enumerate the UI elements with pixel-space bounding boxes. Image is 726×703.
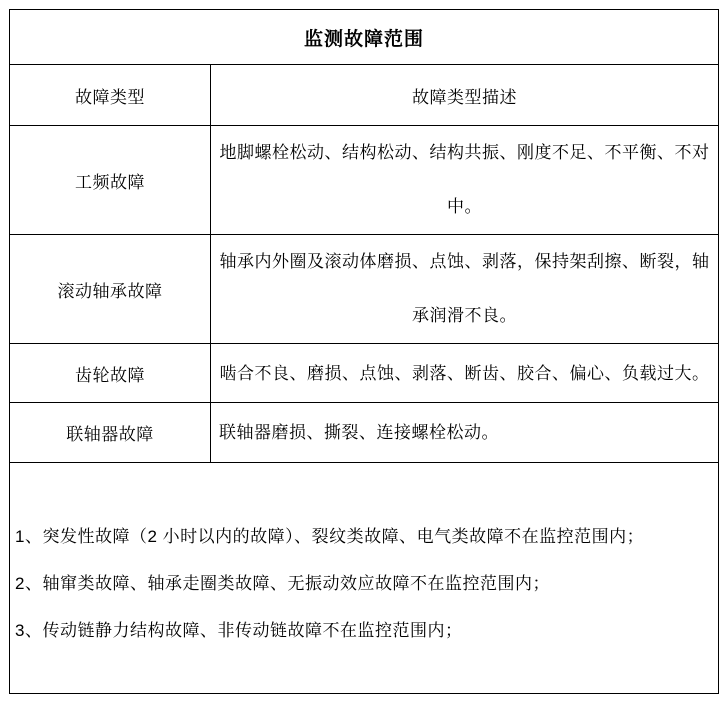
- table-title-row: 监测故障范围: [10, 10, 719, 65]
- fault-description-cell: 轴承内外圈及滚动体磨损、点蚀、剥落，保持架刮擦、断裂，轴承润滑不良。: [211, 235, 719, 344]
- notes-cell: 1、突发性故障（2 小时以内的故障）、裂纹类故障、电气类故障不在监控范围内； 2…: [10, 463, 719, 694]
- fault-scope-table: 监测故障范围 故障类型 故障类型描述 工频故障 地脚螺栓松动、结构松动、结构共振…: [9, 9, 719, 694]
- note-line-3: 3、传动链静力结构故障、非传动链故障不在监控范围内；: [15, 607, 710, 654]
- fault-description-cell: 地脚螺栓松动、结构松动、结构共振、刚度不足、不平衡、不对中。: [211, 126, 719, 235]
- note-line-2: 2、轴窜类故障、轴承走圈类故障、无振动效应故障不在监控范围内；: [15, 560, 710, 607]
- column-header-fault-type: 故障类型: [10, 65, 211, 126]
- table-row-gear-fault: 齿轮故障 啮合不良、磨损、点蚀、剥落、断齿、胶合、偏心、负载过大。: [10, 344, 719, 403]
- document-page: 监测故障范围 故障类型 故障类型描述 工频故障 地脚螺栓松动、结构松动、结构共振…: [0, 0, 726, 703]
- table-notes-row: 1、突发性故障（2 小时以内的故障）、裂纹类故障、电气类故障不在监控范围内； 2…: [10, 463, 719, 694]
- fault-description-cell: 联轴器磨损、撕裂、连接螺栓松动。: [211, 403, 719, 463]
- fault-type-cell: 滚动轴承故障: [10, 235, 211, 344]
- table-row-rolling-bearing-fault: 滚动轴承故障 轴承内外圈及滚动体磨损、点蚀、剥落，保持架刮擦、断裂，轴承润滑不良…: [10, 235, 719, 344]
- table-row-coupling-fault: 联轴器故障 联轴器磨损、撕裂、连接螺栓松动。: [10, 403, 719, 463]
- fault-type-cell: 工频故障: [10, 126, 211, 235]
- fault-type-cell: 齿轮故障: [10, 344, 211, 403]
- table-row-power-frequency-fault: 工频故障 地脚螺栓松动、结构松动、结构共振、刚度不足、不平衡、不对中。: [10, 126, 719, 235]
- table-header-row: 故障类型 故障类型描述: [10, 65, 719, 126]
- table-title: 监测故障范围: [10, 10, 719, 65]
- note-line-1: 1、突发性故障（2 小时以内的故障）、裂纹类故障、电气类故障不在监控范围内；: [15, 513, 710, 560]
- column-header-fault-description: 故障类型描述: [211, 65, 719, 126]
- fault-type-cell: 联轴器故障: [10, 403, 211, 463]
- fault-description-cell: 啮合不良、磨损、点蚀、剥落、断齿、胶合、偏心、负载过大。: [211, 344, 719, 403]
